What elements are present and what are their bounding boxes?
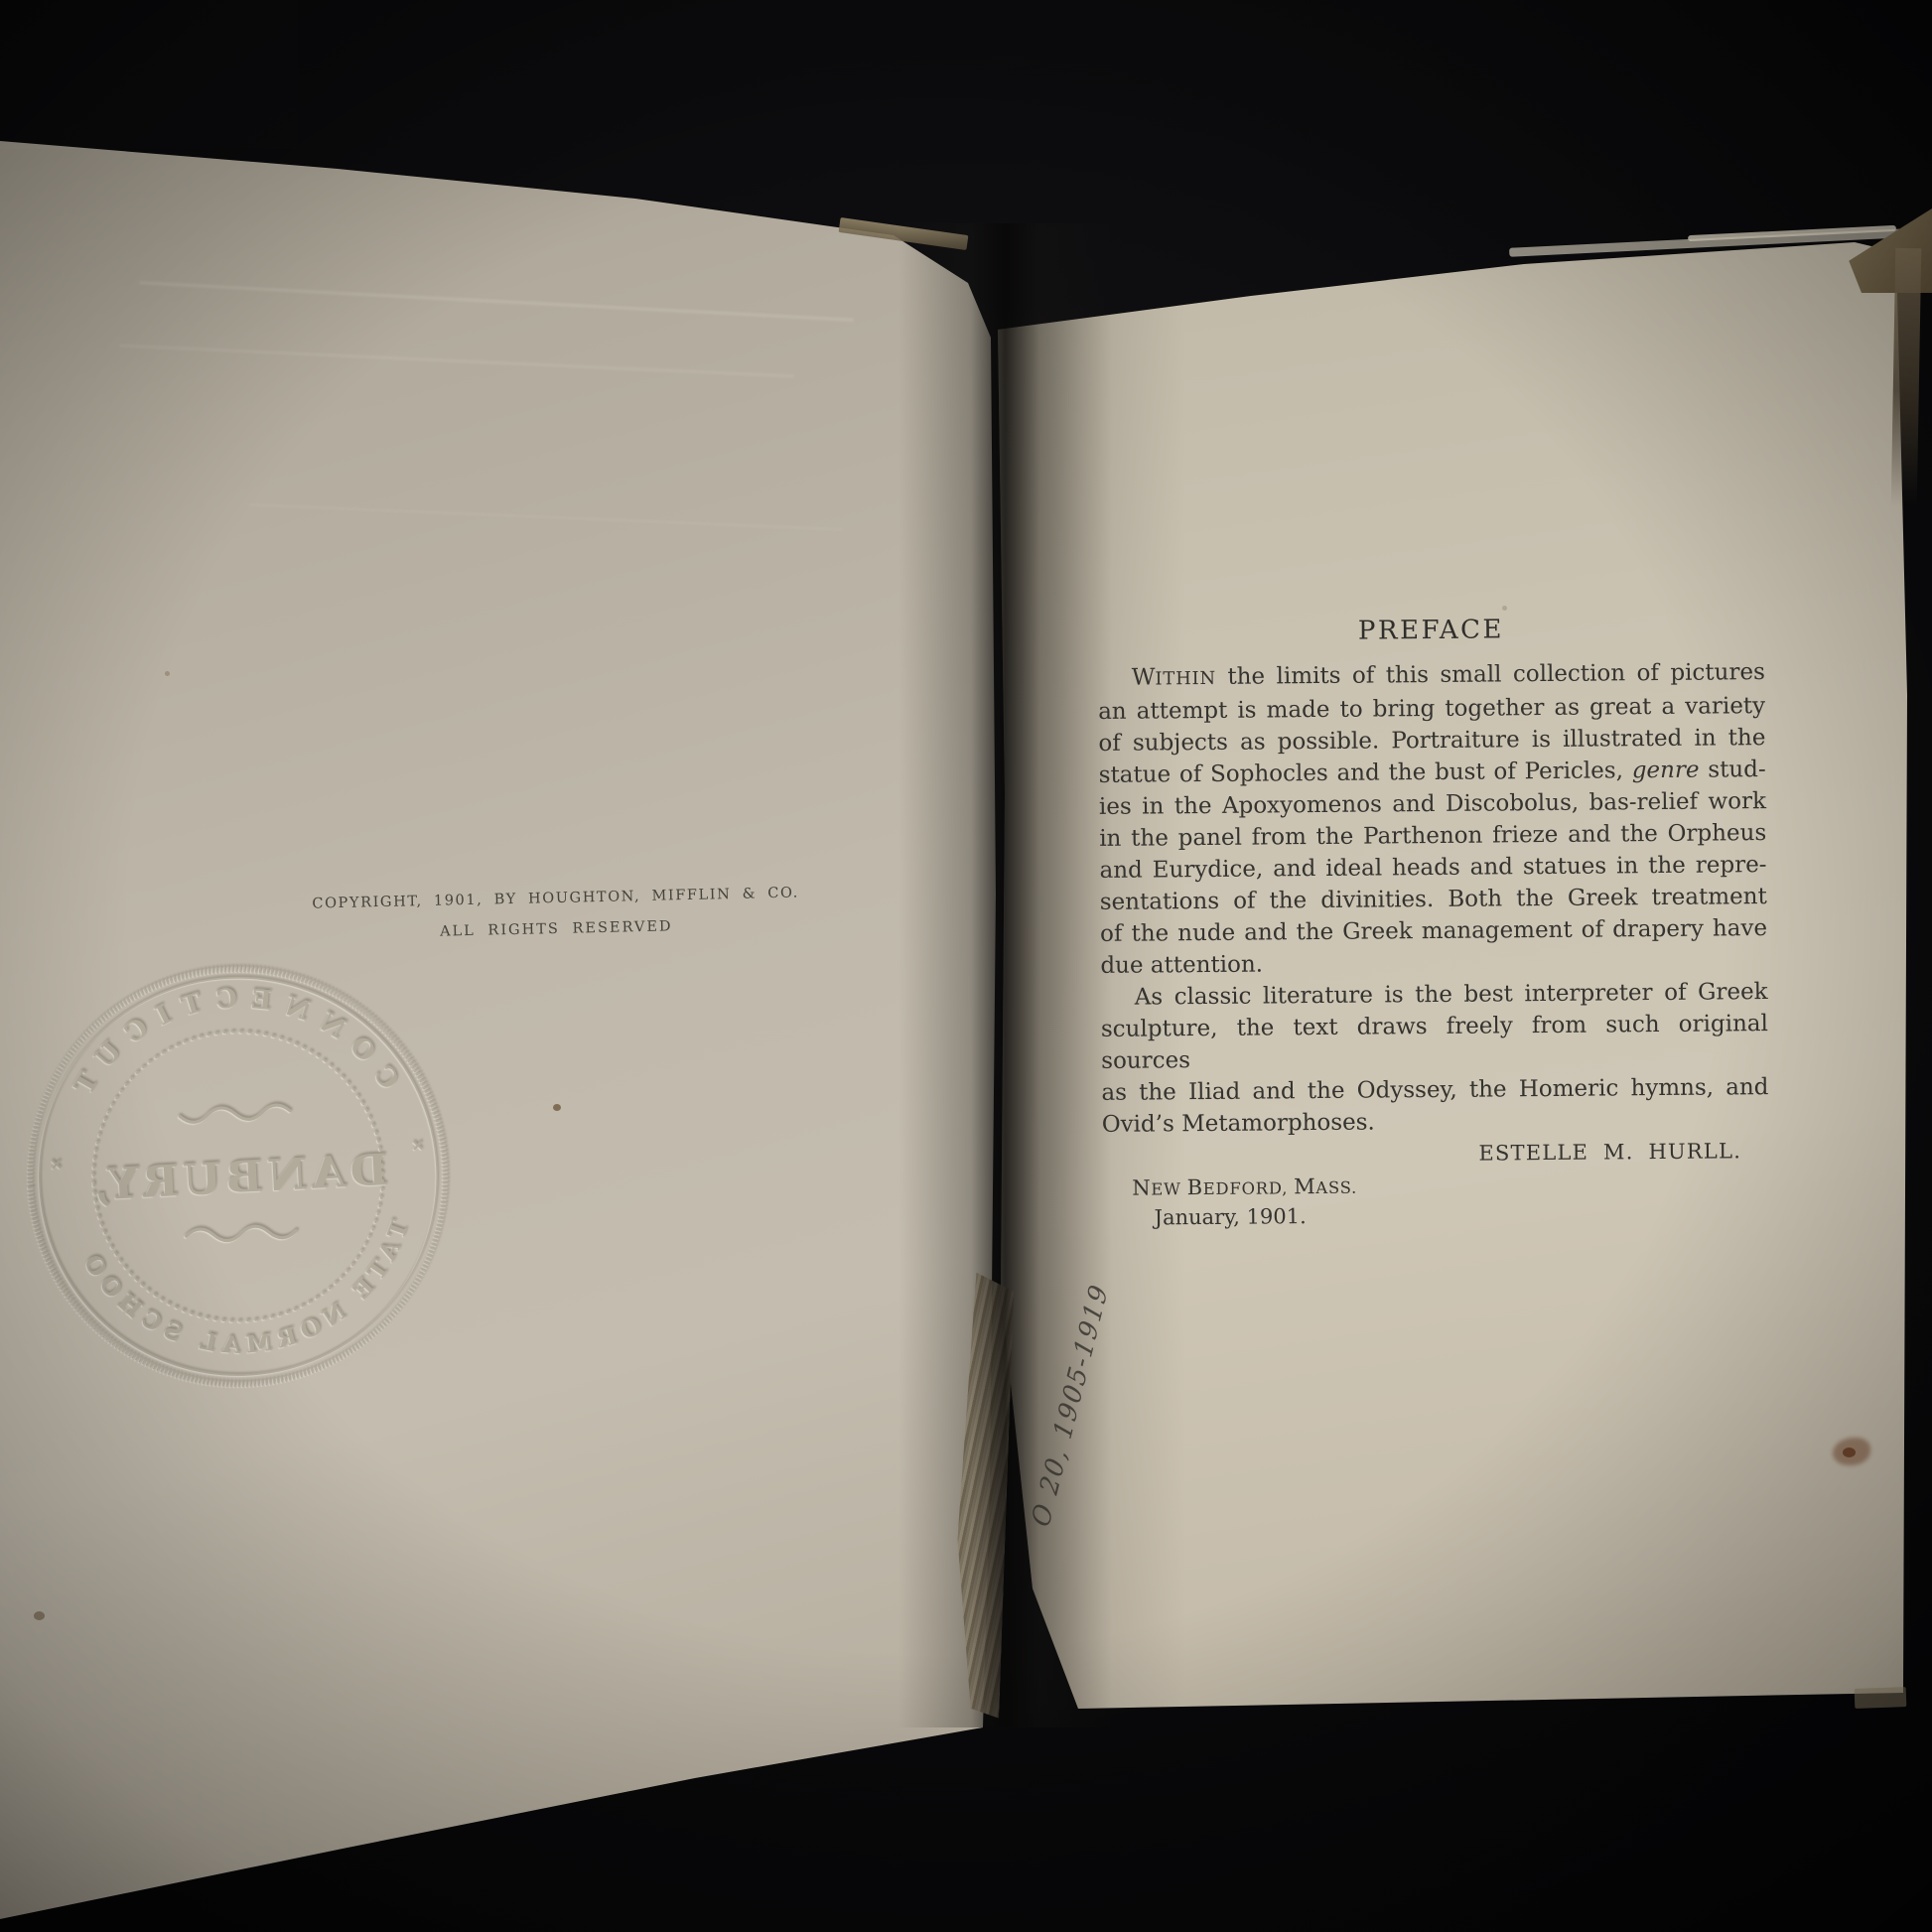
speck bbox=[34, 1611, 45, 1620]
embossed-stamp: CONNECTICUT STATE NORMAL SCHOOL. DANBURY… bbox=[22, 960, 455, 1393]
preface-line: Ovid’s Metamorphoses. bbox=[1102, 1103, 1769, 1141]
stamp-flourish-top bbox=[180, 1104, 291, 1123]
stamp-center-text: DANBURY, bbox=[87, 1145, 389, 1211]
preface-line: as the Iliad and the Odyssey, the Homeri… bbox=[1101, 1071, 1768, 1109]
svg-text:CONNECTICUT: CONNECTICUT bbox=[57, 974, 405, 1112]
svg-text:STATE NORMAL SCHOOL.: STATE NORMAL SCHOOL. bbox=[69, 1146, 421, 1368]
crease bbox=[119, 345, 793, 378]
cover-bottom-sliver bbox=[1855, 1687, 1907, 1709]
rights-line: ALL RIGHTS RESERVED bbox=[266, 914, 846, 943]
preface-line: sculpture, the text draws freely from su… bbox=[1101, 1008, 1769, 1077]
stamp-outer-ring bbox=[22, 960, 455, 1393]
stamp-flourish-bottom bbox=[186, 1224, 297, 1243]
preface-line: of the nude and the Greek management of … bbox=[1100, 912, 1767, 950]
speck bbox=[553, 1104, 561, 1111]
stain bbox=[1843, 1448, 1856, 1457]
place-line: NEW BEDFORD, MASS. bbox=[1102, 1171, 1769, 1200]
speck bbox=[1502, 606, 1507, 611]
stamp-dotted-ring bbox=[86, 1025, 390, 1328]
preface-text-block: PREFACE WITHIN the limits of this small … bbox=[1097, 613, 1769, 1230]
stamp-side-mark bbox=[53, 1161, 61, 1169]
crease bbox=[139, 281, 853, 322]
photo-backdrop: COPYRIGHT, 1901, BY HOUGHTON, MIFFLIN & … bbox=[0, 0, 1932, 1932]
gutter-shadow bbox=[898, 223, 1112, 1727]
stamp-inner-ring bbox=[30, 968, 448, 1386]
stamp-arc-bottom-text: STATE NORMAL SCHOOL. bbox=[69, 1146, 421, 1368]
copyright-block: COPYRIGHT, 1901, BY HOUGHTON, MIFFLIN & … bbox=[266, 884, 847, 943]
crease bbox=[248, 503, 844, 530]
film-grain bbox=[0, 0, 298, 149]
author-signature: ESTELLE M. HURLL. bbox=[1102, 1139, 1769, 1169]
cover-right-edge bbox=[1891, 248, 1922, 506]
copyright-line: COPYRIGHT, 1901, BY HOUGHTON, MIFFLIN & … bbox=[266, 884, 846, 912]
date-line: January, 1901. bbox=[1102, 1200, 1769, 1230]
stamp-side-mark bbox=[414, 1142, 422, 1150]
stamp-arc-top-text: CONNECTICUT bbox=[57, 974, 405, 1112]
speck bbox=[165, 671, 170, 676]
page-title: PREFACE bbox=[1097, 613, 1764, 648]
